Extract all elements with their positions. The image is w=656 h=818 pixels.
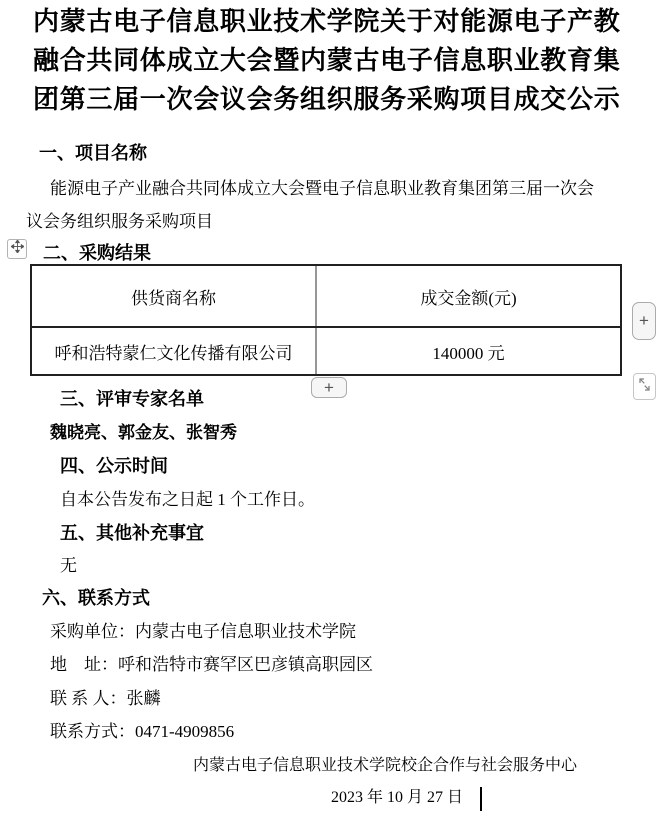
project-name-line-2: 议会务组织服务采购项目 bbox=[26, 212, 213, 231]
move-icon bbox=[11, 240, 24, 258]
section-heading-other-matters: 五、其他补充事宜 bbox=[60, 523, 204, 543]
resize-diagonal-icon bbox=[638, 377, 651, 397]
section-heading-procurement-result: 二、采购结果 bbox=[43, 243, 151, 263]
document-title-line-3: 团第三届一次会议会务组织服务采购项目成交公示 bbox=[33, 84, 623, 114]
document-page: 内蒙古电子信息职业技术学院关于对能源电子产教 融合共同体成立大会暨内蒙古电子信息… bbox=[0, 0, 656, 818]
section-heading-experts: 三、评审专家名单 bbox=[60, 389, 204, 409]
table-header-amount: 成交金额(元) bbox=[315, 266, 620, 326]
contact-person: 联 系 人：张麟 bbox=[50, 689, 161, 708]
procurement-result-table: 供货商名称 成交金额(元) 呼和浩特蒙仁文化传播有限公司 140000 元 bbox=[30, 264, 622, 376]
add-row-button[interactable]: + bbox=[311, 377, 347, 398]
text-cursor bbox=[480, 787, 482, 811]
signature-org: 内蒙古电子信息职业技术学院校企合作与社会服务中心 bbox=[193, 757, 577, 775]
section-heading-project-name: 一、项目名称 bbox=[39, 143, 147, 163]
document-title-line-1: 内蒙古电子信息职业技术学院关于对能源电子产教 bbox=[33, 6, 623, 36]
add-column-button[interactable]: + bbox=[632, 302, 656, 340]
section-heading-contact: 六、联系方式 bbox=[42, 588, 150, 608]
signature-date: 2023 年 10 月 27 日 bbox=[331, 789, 463, 807]
section-heading-publicity-period: 四、公示时间 bbox=[60, 456, 168, 476]
contact-phone: 联系方式：0471-4909856 bbox=[50, 722, 234, 741]
project-name-line-1: 能源电子产业融合共同体成立大会暨电子信息职业教育集团第三届一次会 bbox=[50, 179, 594, 198]
table-header-supplier: 供货商名称 bbox=[32, 266, 315, 326]
contact-address: 地 址：呼和浩特市赛罕区巴彦镇高职园区 bbox=[50, 655, 373, 674]
document-title-line-2: 融合共同体成立大会暨内蒙古电子信息职业教育集 bbox=[33, 45, 623, 75]
table-move-handle[interactable] bbox=[7, 239, 27, 259]
table-cell-amount: 140000 元 bbox=[315, 328, 620, 374]
experts-names: 魏晓亮、郭金友、张智秀 bbox=[50, 423, 237, 442]
publicity-period-text: 自本公告发布之日起 1 个工作日。 bbox=[60, 490, 315, 509]
contact-purchaser: 采购单位：内蒙古电子信息职业技术学院 bbox=[50, 622, 356, 641]
table-cell-supplier: 呼和浩特蒙仁文化传播有限公司 bbox=[32, 328, 315, 374]
table-header-row: 供货商名称 成交金额(元) bbox=[32, 266, 620, 328]
table-row: 呼和浩特蒙仁文化传播有限公司 140000 元 bbox=[32, 328, 620, 374]
other-matters-text: 无 bbox=[60, 556, 77, 575]
table-resize-handle[interactable] bbox=[633, 373, 656, 400]
